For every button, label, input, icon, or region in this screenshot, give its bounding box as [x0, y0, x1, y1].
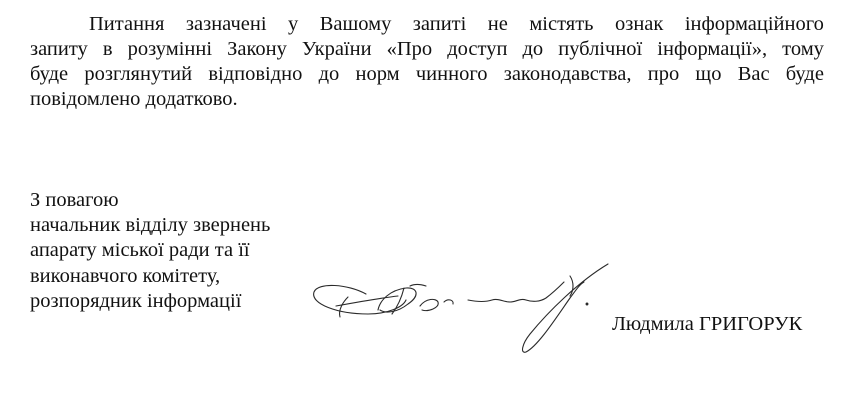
- signer-title-line: апарату міської ради та її: [30, 238, 270, 263]
- word: не: [488, 12, 508, 37]
- paragraph-line-1: Питання зазначені у Вашому запиті не міс…: [89, 12, 824, 37]
- word: відповідно: [208, 62, 302, 87]
- word: Питання: [89, 12, 164, 37]
- word: Вашому: [320, 12, 392, 37]
- paragraph-line-3: буде розглянутий відповідно до норм чинн…: [30, 62, 824, 87]
- salutation: З повагою: [30, 188, 270, 213]
- word: ознак: [615, 12, 663, 37]
- word: України: [302, 37, 372, 62]
- word: в: [103, 37, 113, 62]
- signer-title-line: виконавчого комітету,: [30, 264, 270, 289]
- word: Вас: [738, 62, 770, 87]
- handwritten-signature-icon: [308, 262, 618, 362]
- word: до: [319, 62, 340, 87]
- word: тому: [782, 37, 824, 62]
- word: що: [695, 62, 721, 87]
- word: зазначені: [186, 12, 267, 37]
- word: законодавства,: [504, 62, 632, 87]
- word: «Про: [387, 37, 433, 62]
- letter-document: Питання зазначені у Вашому запиті не міс…: [0, 0, 855, 408]
- word: до: [522, 37, 543, 62]
- paragraph-line-4: повідомлено додатково.: [30, 87, 238, 112]
- signer-name: Людмила ГРИГОРУК: [612, 312, 802, 337]
- word: запиту: [30, 37, 88, 62]
- word: запиті: [413, 12, 467, 37]
- signer-title-line: розпорядник інформації: [30, 289, 270, 314]
- word: у: [288, 12, 298, 37]
- signer-title-line: начальник відділу звернень: [30, 213, 270, 238]
- word: норм: [356, 62, 400, 87]
- word: розглянутий: [84, 62, 192, 87]
- word: чинного: [416, 62, 488, 87]
- word: розумінні: [128, 37, 212, 62]
- word: Закону: [227, 37, 287, 62]
- word: буде: [786, 62, 824, 87]
- paragraph-line-2: запиту в розумінні Закону України «Про д…: [30, 37, 824, 62]
- word: доступ: [447, 37, 507, 62]
- word: про: [648, 62, 679, 87]
- word: містять: [529, 12, 593, 37]
- word: буде: [30, 62, 68, 87]
- closing-block: З повагою начальник відділу звернень апа…: [30, 188, 270, 314]
- word: інформації»,: [657, 37, 767, 62]
- word: публічної: [558, 37, 642, 62]
- word: інформаційного: [685, 12, 824, 37]
